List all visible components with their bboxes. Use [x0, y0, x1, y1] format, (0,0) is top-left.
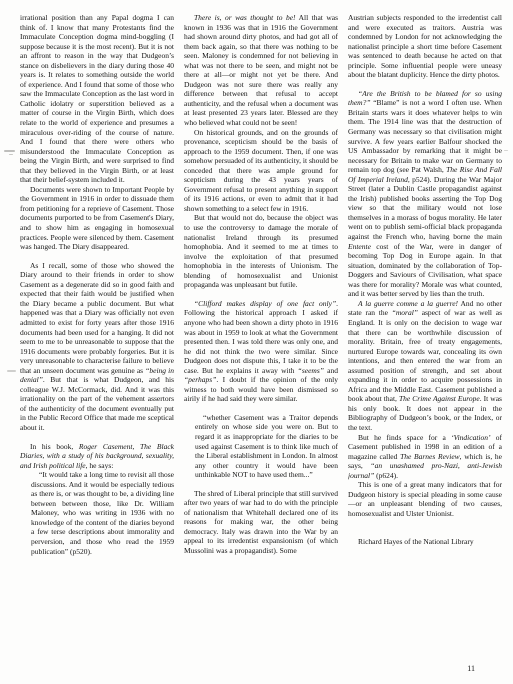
emphasis-text: There is, or was thought to be!	[194, 13, 296, 22]
emphasis-text: “moral”	[392, 308, 418, 317]
emphasis-text: “seems”	[298, 366, 324, 375]
text-run: , p524). During the War Major Street (la…	[348, 175, 502, 241]
text-column-3: Austrian subjects responded to the irred…	[348, 13, 502, 665]
text-run: Documents were shown to Important People…	[20, 185, 174, 251]
text-run: “It would take a long time to revisit al…	[31, 470, 174, 555]
text-run: But that would not do, because the objec…	[184, 213, 338, 289]
text-run: aspect of war as well as England. It is …	[348, 308, 502, 403]
text-run: and	[324, 366, 338, 375]
text-run: . But that is what Dudgeon, and his coll…	[20, 375, 174, 432]
body-paragraph: There is, or was thought to be! All that…	[184, 13, 338, 128]
text-run: cost of the War, were in danger of becom…	[348, 242, 502, 299]
text-run: Richard Hayes of the National Library	[358, 537, 474, 546]
emphasis-text: “Clifford makes display of one fact only…	[194, 299, 336, 308]
body-paragraph: A la guerre comme a la guerre! And no ot…	[348, 299, 502, 433]
scan-artifact	[504, 150, 508, 151]
text-columns: irrational position than any Papal dogma…	[20, 13, 502, 665]
emphasis-text: A la guerre comme a la guerre!	[358, 299, 458, 308]
text-run: On historical grounds, and on the ground…	[184, 128, 338, 213]
text-run: “whether Casement was a Traitor depends …	[195, 413, 338, 479]
body-paragraph: But that would not do, because the objec…	[184, 213, 338, 289]
body-paragraph: Documents were shown to Important People…	[20, 185, 174, 252]
emphasis-text: The Barnes Review	[400, 452, 460, 461]
text-run: (p624).	[374, 471, 398, 480]
emphasis-text: “an unashamed pro-Nazi, anti-Jewish jour…	[348, 461, 502, 480]
body-paragraph: This is one of a great many indicators t…	[348, 480, 502, 518]
scan-artifact	[9, 154, 13, 155]
body-paragraph: Austrian subjects responded to the irred…	[348, 13, 502, 80]
text-run: This is one of a great many indicators t…	[348, 480, 502, 518]
emphasis-text: Entente	[348, 242, 371, 251]
body-paragraph: Richard Hayes of the National Library	[348, 537, 502, 547]
scan-artifact	[7, 370, 16, 372]
scan-artifact	[4, 150, 15, 152]
emphasis-text: The Crime Against Europe	[399, 394, 480, 403]
body-paragraph: The shred of Liberal principle that stil…	[184, 489, 338, 556]
scan-artifact	[489, 347, 494, 348]
body-paragraph: In his book, Roger Casement, The Black D…	[20, 442, 174, 471]
body-paragraph: irrational position than any Papal dogma…	[20, 13, 174, 185]
text-column-2: There is, or was thought to be! All that…	[184, 13, 338, 665]
document-page: irrational position than any Papal dogma…	[0, 0, 513, 684]
text-run: “Blame” is not a word I often use. When …	[348, 98, 502, 174]
text-run: . Following the historical approach I as…	[184, 299, 338, 375]
text-run: As I recall, some of those who showed th…	[20, 261, 174, 375]
body-paragraph: “Clifford makes display of one fact only…	[184, 299, 338, 404]
body-paragraph: As I recall, some of those who showed th…	[20, 261, 174, 433]
text-run: In his book,	[30, 442, 79, 451]
text-run: , he says:	[86, 461, 114, 470]
emphasis-text: ‘Vindication’	[451, 433, 490, 442]
blockquote-paragraph: “It would take a long time to revisit al…	[31, 470, 174, 556]
emphasis-text: “perhaps”	[184, 375, 216, 384]
text-column-1: irrational position than any Papal dogma…	[20, 13, 174, 665]
text-run: Austrian subjects responded to the irred…	[348, 13, 502, 79]
text-run: But he finds space for a	[358, 433, 451, 442]
text-run: The shred of Liberal principle that stil…	[184, 489, 338, 555]
body-paragraph: “Are the British to be blamed for so usi…	[348, 89, 502, 299]
body-paragraph: On historical grounds, and on the ground…	[184, 128, 338, 214]
text-run: irrational position than any Papal dogma…	[20, 13, 174, 184]
body-paragraph: But he finds space for a ‘Vindication’ o…	[348, 433, 502, 481]
text-run: All that was known in 1936 was that in 1…	[184, 13, 338, 127]
page-number: 11	[467, 664, 475, 673]
blockquote-paragraph: “whether Casement was a Traitor depends …	[195, 413, 338, 480]
